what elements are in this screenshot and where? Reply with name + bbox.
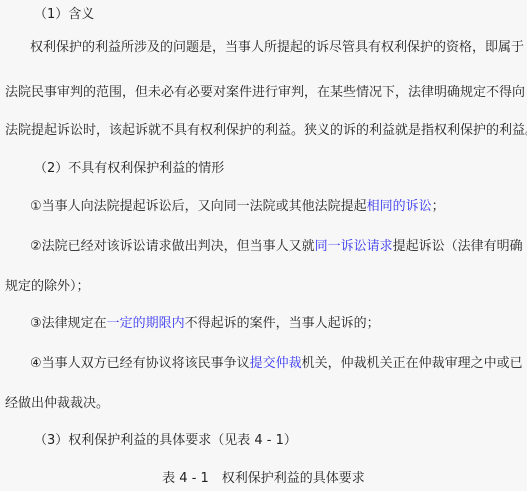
list-item-text: ②法院已经对该诉讼请求做出判决，但当事人又就 [30,239,315,254]
paragraph-line: 法院提起诉讼时，该起诉就不具有权利保护的利益。狭义的诉的利益就是指权利保护的利益… [5,122,527,140]
list-item-text: 不得起诉的案件，当事人起诉的； [185,316,380,331]
list-item: ②法院已经对该诉讼请求做出判决，但当事人又就同一诉讼请求提起诉讼（法律有明确 [30,238,523,256]
list-item: ①当事人向法院提起诉讼后，又向同一法院或其他法院提起相同的诉讼； [30,198,445,216]
list-item-text: 机关，仲裁机关正在仲裁审理之中或已 [302,356,523,371]
link-same-lawsuit[interactable]: 相同的诉讼 [367,199,432,214]
link-same-claim[interactable]: 同一诉讼请求 [315,239,393,254]
list-item-text: ④当事人双方已经有协议将该民事争议 [30,356,250,371]
section-heading-no-interest: （2）不具有权利保护利益的情形 [34,160,224,178]
table-caption: 表 4 - 1 权利保护利益的具体要求 [0,470,527,488]
paragraph-line: 权利保护的利益所涉及的问题是，当事人所提起的诉尽管具有权利保护的资格，即属于 [30,39,524,57]
list-item-text: 提起诉讼（法律有明确 [393,239,523,254]
link-submit-arbitration[interactable]: 提交仲裁 [250,356,302,371]
list-item: ④当事人双方已经有协议将该民事争议提交仲裁机关，仲裁机关正在仲裁审理之中或已 [30,355,523,373]
section-heading-meaning: （1）含义 [34,6,94,24]
list-item-text: ； [432,199,445,214]
link-certain-period[interactable]: 一定的期限内 [107,316,185,331]
section-heading-requirements: （3）权利保护利益的具体要求（见表 4 - 1） [34,432,297,450]
list-item: ③法律规定在一定的期限内不得起诉的案件，当事人起诉的； [30,315,380,333]
list-item-continuation: 规定的除外）； [5,278,90,296]
list-item-continuation: 经做出仲裁裁决。 [5,395,109,413]
list-item-text: ①当事人向法院提起诉讼后，又向同一法院或其他法院提起 [30,199,367,214]
list-item-text: ③法律规定在 [30,316,107,331]
paragraph-line: 法院民事审判的范围，但未必有必要对案件进行审判，在某些情况下，法律明确规定不得向 [5,84,525,102]
